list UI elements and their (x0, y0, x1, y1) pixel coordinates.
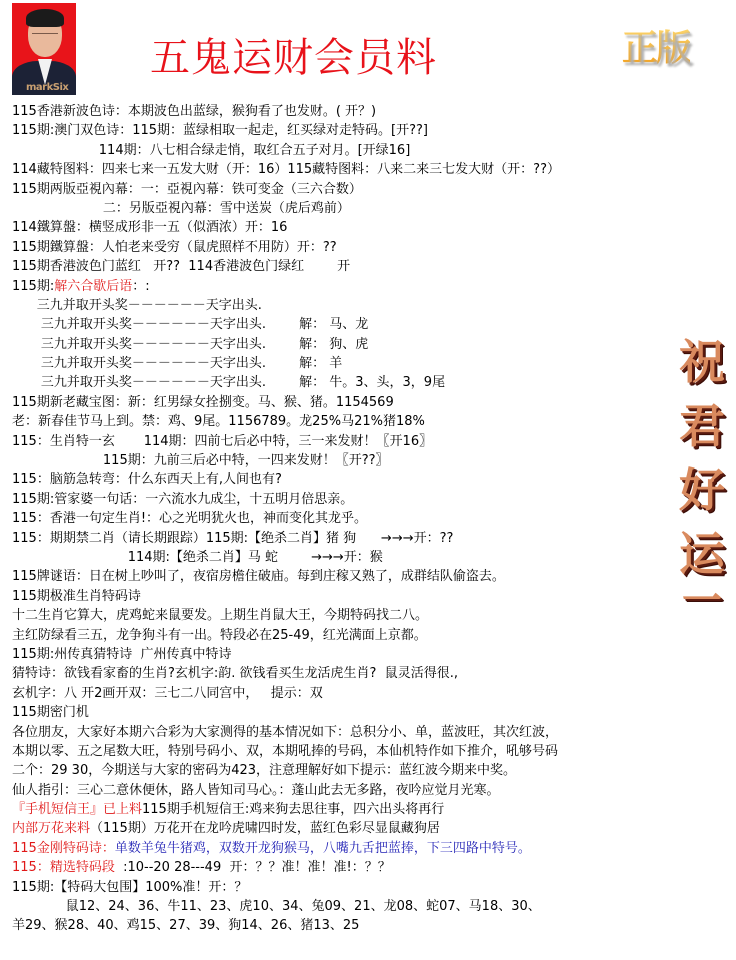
avatar-watermark: markSix (26, 82, 68, 93)
text-line: 本期以零、五之尾数大旺，特别号码小、双，本期吼捧的号码，本仙机特作如下推介，吼够… (12, 742, 672, 761)
side-banner-char: 好 (679, 458, 725, 522)
text-line: 羊29、猴28、40、鸡15、27、39、狗14、26、猪13、25 (12, 916, 672, 935)
line-prefix: 115期: (12, 279, 54, 294)
text-line: 115期:【特码大包围】100%准！开：？ (12, 878, 672, 897)
text-line: 二个：29 30，今期送与大家的密码为423，注意理解好如下提示：蓝红波今期来中… (12, 761, 672, 780)
text-line: 『手机短信王』已上料115期手机短信王:鸡来狗去思往事，四六出头将再行 (12, 800, 672, 819)
text-line: 114藏特图料：四来七来一五发大财（开：16）115藏特图料：八来二来三七发大财… (12, 160, 672, 179)
text-line: 115：精选特码段 :10--20 28---49 开：？？准！准！准!：？？ (12, 858, 672, 877)
genuine-badge: 正版 (622, 20, 690, 71)
side-banner-char: 君 (679, 394, 725, 458)
text-line: 老：新春佳节马上到。禁：鸡、9尾。1156789。龙25%马21%猪18% (12, 412, 672, 431)
text-line: 115期香港波色门蓝红 开?? 114香港波色门绿红 开 (12, 257, 672, 276)
text-line: 内部万花来料（115期）万花开在龙吟虎啸四时发，蓝红色彩尽显鼠藏狗居 (12, 819, 672, 838)
page-header: markSix 五鬼运财会员料 正版 (0, 0, 736, 100)
text-line: 115期新老藏宝图：新：红男绿女拴捌变。马、猴、猪。1154569 (12, 393, 672, 412)
text-line: 仙人指引：三心二意休便休，路人皆知司马心。：蓬山此去无多路，夜吟应觉月光寒。 (12, 781, 672, 800)
text-line: 115香港新波色诗：本期波色出蓝绿，猴狗看了也发财。( 开？) (12, 102, 672, 121)
text-line: 十二生肖它算大，虎鸡蛇来鼠要发。上期生肖鼠大王，今期特码找二八。 (12, 606, 672, 625)
line-suffix: （115期）万花开在龙吟虎啸四时发，蓝红色彩尽显鼠藏狗居 (90, 821, 440, 836)
text-line: 115期:管家婆一句话：一六流水九成尘，十五明月倍思亲。 (12, 490, 672, 509)
text-line: 115期鐵算盤：人怕老来受穷（鼠虎照样不用防）开：?? (12, 238, 672, 257)
text-line: 114鐵算盤：横竖成形非一五（似酒浓）开：16 (12, 218, 672, 237)
avatar: markSix (12, 3, 76, 95)
side-banner-char: 祝 (679, 330, 725, 394)
highlight-red: 内部万花来料 (12, 821, 90, 836)
text-line: 猜特诗：欲钱看家畜的生肖?玄机字:韵. 欲钱看买生龙活虎生肖? 鼠灵活得很., (12, 664, 672, 683)
text-line: 115期:州传真猜特诗 广州传真中特诗 (12, 645, 672, 664)
line-suffix: 115期手机短信王:鸡来狗去思往事，四六出头将再行 (142, 802, 444, 817)
text-line: 115期极准生肖特码诗 (12, 587, 672, 606)
text-line: 115金刚特码诗：单数羊兔牛猪鸡，双数开龙狗猴马，八嘴九舌把蓝捧，下三四路中特号… (12, 839, 672, 858)
text-line: 114期:【绝杀二肖】马 蛇 →→→开：猴 (12, 548, 672, 567)
text-line: 115期两版亞視內幕：一：亞視內幕：铁可变金（三六合数） (12, 180, 672, 199)
side-banner-char: 一 (682, 586, 722, 616)
text-line: 115：期期禁二肖（请长期跟踪）115期:【绝杀二肖】猪 狗 →→→开：?? (12, 529, 672, 548)
text-line: 115期:解六合歇后语：: (12, 277, 672, 296)
text-line: 115期:澳门双色诗：115期：蓝绿相取一起走，红买绿对走特码。[开??] (12, 121, 672, 140)
text-line: 三九并取开头奖－－－－－－天字出头. 解： 羊 (12, 354, 672, 373)
text-line: 114期：八七相合绿走悄，取红合五子对月。[开绿16] (12, 141, 672, 160)
avatar-hair (26, 9, 64, 27)
text-line: 115：香港一句定生肖!：心之光明犹火也，神而变化其龙乎。 (12, 509, 672, 528)
text-line: 115期：九前三后必中特，一四来发财！〖开??〗 (12, 451, 672, 470)
text-line: 鼠12、24、36、牛11、23、虎10、34、兔09、21、龙08、蛇07、马… (12, 897, 672, 916)
text-line: 115牌谜语：日在树上吵叫了，夜宿房檐住破庙。每到庄稼又熟了，成群结队偷盗去。 (12, 567, 672, 586)
line-suffix: ：: (132, 279, 149, 294)
highlight-blue: 单数羊兔牛猪鸡，双数开龙狗猴马，八嘴九舌把蓝捧，下三四路中特号。 (115, 841, 531, 856)
avatar-glasses (32, 33, 58, 40)
text-line: 115期密门机 (12, 703, 672, 722)
text-line: 三九并取开头奖－－－－－－天字出头. 解： 牛。3、头，3，9尾 (12, 373, 672, 392)
highlight-red: 『手机短信王』已上料 (12, 802, 142, 817)
text-line: 115：生肖特一玄 114期：四前七后必中特，三一来发财！〖开16〗 (12, 432, 672, 451)
text-line: 三九并取开头奖－－－－－－天字出头. (12, 296, 672, 315)
highlight-red: 115金刚特码诗： (12, 841, 115, 856)
highlight-red: 115：精选特码段 (12, 860, 115, 875)
text-line: 二：另版亞視內幕：雪中送炭（虎后鸡前） (12, 199, 672, 218)
text-line: 三九并取开头奖－－－－－－天字出头. 解： 马、龙 (12, 315, 672, 334)
text-line: 各位朋友，大家好本期六合彩为大家测得的基本情况如下：总积分小、单，蓝波旺，其次红… (12, 723, 672, 742)
text-line: 三九并取开头奖－－－－－－天字出头. 解： 狗、虎 (12, 335, 672, 354)
text-line: 玄机字：八 开2画开双：三七二八同宫中， 提示：双 (12, 684, 672, 703)
highlight-red: 解六合歇后语 (54, 279, 132, 294)
side-banner: 祝 君 好 运 一 (674, 330, 730, 616)
content-body: 115香港新波色诗：本期波色出蓝绿，猴狗看了也发财。( 开？) 115期:澳门双… (12, 102, 672, 936)
text-line: 115：脑筋急转弯：什么东西天上有,人间也有? (12, 470, 672, 489)
text-line: 主红防绿看三五，龙争狗斗有一出。特段必在25-49，红光满面上京都。 (12, 626, 672, 645)
line-suffix: :10--20 28---49 开：？？准！准！准!：？？ (115, 860, 391, 875)
page-title: 五鬼运财会员料 (150, 26, 437, 83)
